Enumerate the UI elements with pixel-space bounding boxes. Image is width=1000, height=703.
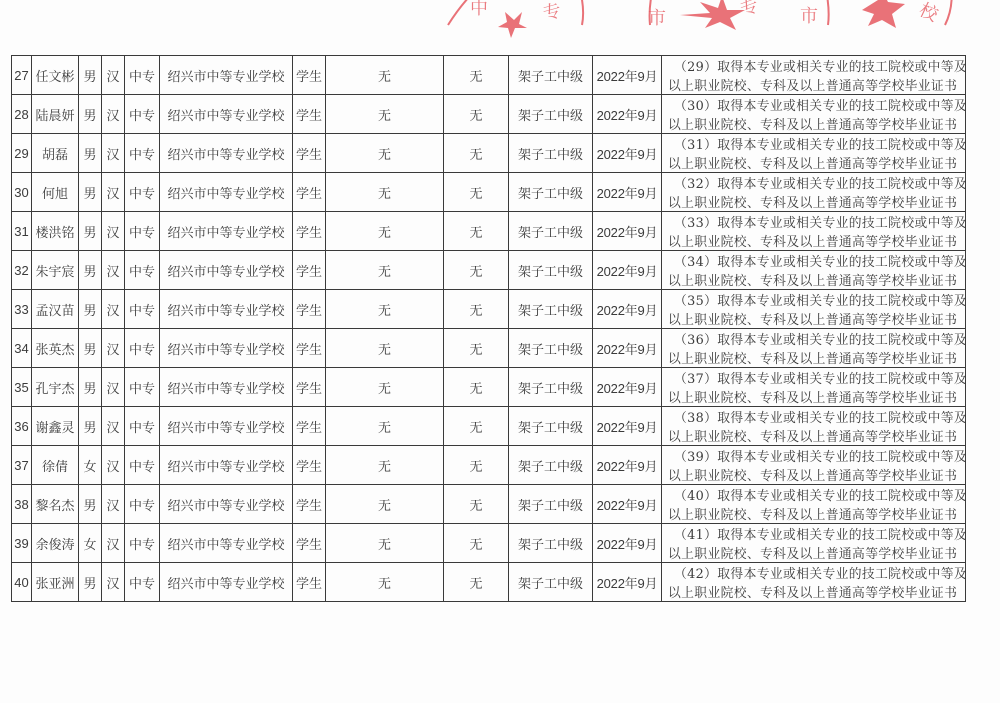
- cell-number: 29: [12, 134, 32, 173]
- cell-eligibility-condition: （30）取得本专业或相关专业的技工院校或中等及以上职业院校、专科及以上普通高等学…: [662, 95, 966, 134]
- cell-col9: 无: [444, 56, 509, 95]
- cell-school: 绍兴市中等专业学校: [160, 446, 293, 485]
- cell-identity: 学生: [293, 368, 326, 407]
- cell-gender: 男: [79, 95, 102, 134]
- svg-text:校: 校: [916, 0, 942, 27]
- cell-school: 绍兴市中等专业学校: [160, 173, 293, 212]
- cell-col8: 无: [326, 485, 444, 524]
- cell-date: 2022年9月: [593, 446, 662, 485]
- cell-col8: 无: [326, 368, 444, 407]
- cell-identity: 学生: [293, 485, 326, 524]
- cell-number: 38: [12, 485, 32, 524]
- cell-gender: 男: [79, 368, 102, 407]
- cell-identity: 学生: [293, 56, 326, 95]
- cell-identity: 学生: [293, 251, 326, 290]
- condition-text: （30）取得本专业或相关专业的技工院校或中等及以上职业院校、专科及以上普通高等学…: [662, 95, 965, 133]
- table-row: 39 余俊涛 女 汉 中专 绍兴市中等专业学校 学生 无 无 架子工中级 202…: [12, 524, 966, 563]
- cell-eligibility-condition: （39）取得本专业或相关专业的技工院校或中等及以上职业院校、专科及以上普通高等学…: [662, 446, 966, 485]
- cell-col8: 无: [326, 290, 444, 329]
- cell-identity: 学生: [293, 173, 326, 212]
- cell-ethnicity: 汉: [102, 329, 125, 368]
- cell-name: 朱宇宸: [32, 251, 79, 290]
- cell-eligibility-condition: （34）取得本专业或相关专业的技工院校或中等及以上职业院校、专科及以上普通高等学…: [662, 251, 966, 290]
- cell-school: 绍兴市中等专业学校: [160, 485, 293, 524]
- cell-identity: 学生: [293, 212, 326, 251]
- condition-text: （36）取得本专业或相关专业的技工院校或中等及以上职业院校、专科及以上普通高等学…: [662, 329, 965, 367]
- cell-date: 2022年9月: [593, 524, 662, 563]
- table-row: 40 张亚洲 男 汉 中专 绍兴市中等专业学校 学生 无 无 架子工中级 202…: [12, 563, 966, 602]
- table-row: 27 任文彬 男 汉 中专 绍兴市中等专业学校 学生 无 无 架子工中级 202…: [12, 56, 966, 95]
- cell-col8: 无: [326, 251, 444, 290]
- cell-school: 绍兴市中等专业学校: [160, 407, 293, 446]
- cell-name: 何旭: [32, 173, 79, 212]
- cell-eligibility-condition: （41）取得本专业或相关专业的技工院校或中等及以上职业院校、专科及以上普通高等学…: [662, 524, 966, 563]
- table-row: 31 楼洪铭 男 汉 中专 绍兴市中等专业学校 学生 无 无 架子工中级 202…: [12, 212, 966, 251]
- cell-gender: 男: [79, 407, 102, 446]
- cell-col9: 无: [444, 251, 509, 290]
- cell-eligibility-condition: （40）取得本专业或相关专业的技工院校或中等及以上职业院校、专科及以上普通高等学…: [662, 485, 966, 524]
- cell-col9: 无: [444, 524, 509, 563]
- cell-number: 28: [12, 95, 32, 134]
- cell-col8: 无: [326, 563, 444, 602]
- cell-eligibility-condition: （38）取得本专业或相关专业的技工院校或中等及以上职业院校、专科及以上普通高等学…: [662, 407, 966, 446]
- cell-col9: 无: [444, 563, 509, 602]
- svg-text:市: 市: [648, 8, 666, 29]
- cell-date: 2022年9月: [593, 173, 662, 212]
- cell-ethnicity: 汉: [102, 290, 125, 329]
- cell-gender: 男: [79, 485, 102, 524]
- cell-number: 32: [12, 251, 32, 290]
- seal-star-icon: [862, 0, 905, 28]
- cell-eligibility-condition: （37）取得本专业或相关专业的技工院校或中等及以上职业院校、专科及以上普通高等学…: [662, 368, 966, 407]
- cell-skill-level: 架子工中级: [509, 524, 593, 563]
- cell-school: 绍兴市中等专业学校: [160, 251, 293, 290]
- table-row: 28 陆晨妍 男 汉 中专 绍兴市中等专业学校 学生 无 无 架子工中级 202…: [12, 95, 966, 134]
- cell-identity: 学生: [293, 407, 326, 446]
- cell-eligibility-condition: （32）取得本专业或相关专业的技工院校或中等及以上职业院校、专科及以上普通高等学…: [662, 173, 966, 212]
- cell-number: 36: [12, 407, 32, 446]
- svg-text:市: 市: [800, 6, 818, 27]
- cell-eligibility-condition: （36）取得本专业或相关专业的技工院校或中等及以上职业院校、专科及以上普通高等学…: [662, 329, 966, 368]
- cell-eligibility-condition: （31）取得本专业或相关专业的技工院校或中等及以上职业院校、专科及以上普通高等学…: [662, 134, 966, 173]
- cell-school: 绍兴市中等专业学校: [160, 524, 293, 563]
- cell-school: 绍兴市中等专业学校: [160, 134, 293, 173]
- cell-number: 39: [12, 524, 32, 563]
- cell-date: 2022年9月: [593, 329, 662, 368]
- cell-name: 孔宇杰: [32, 368, 79, 407]
- cell-number: 33: [12, 290, 32, 329]
- cell-school: 绍兴市中等专业学校: [160, 368, 293, 407]
- cell-ethnicity: 汉: [102, 446, 125, 485]
- cell-education: 中专: [125, 173, 160, 212]
- cell-gender: 男: [79, 290, 102, 329]
- cell-skill-level: 架子工中级: [509, 212, 593, 251]
- cell-skill-level: 架子工中级: [509, 446, 593, 485]
- cell-date: 2022年9月: [593, 407, 662, 446]
- cell-gender: 男: [79, 251, 102, 290]
- cell-skill-level: 架子工中级: [509, 368, 593, 407]
- cell-education: 中专: [125, 563, 160, 602]
- condition-text: （34）取得本专业或相关专业的技工院校或中等及以上职业院校、专科及以上普通高等学…: [662, 251, 965, 289]
- cell-ethnicity: 汉: [102, 56, 125, 95]
- cell-identity: 学生: [293, 563, 326, 602]
- cell-name: 陆晨妍: [32, 95, 79, 134]
- official-seal-stamps: 中 专 市 专 市 校: [0, 0, 1000, 40]
- cell-skill-level: 架子工中级: [509, 251, 593, 290]
- cell-ethnicity: 汉: [102, 368, 125, 407]
- cell-col8: 无: [326, 329, 444, 368]
- cell-col9: 无: [444, 95, 509, 134]
- cell-skill-level: 架子工中级: [509, 95, 593, 134]
- table-row: 37 徐倩 女 汉 中专 绍兴市中等专业学校 学生 无 无 架子工中级 2022…: [12, 446, 966, 485]
- cell-number: 35: [12, 368, 32, 407]
- cell-name: 楼洪铭: [32, 212, 79, 251]
- cell-ethnicity: 汉: [102, 563, 125, 602]
- table-row: 33 孟汉苗 男 汉 中专 绍兴市中等专业学校 学生 无 无 架子工中级 202…: [12, 290, 966, 329]
- cell-gender: 男: [79, 173, 102, 212]
- cell-ethnicity: 汉: [102, 524, 125, 563]
- cell-col9: 无: [444, 446, 509, 485]
- cell-col8: 无: [326, 56, 444, 95]
- cell-ethnicity: 汉: [102, 251, 125, 290]
- cell-col9: 无: [444, 407, 509, 446]
- cell-ethnicity: 汉: [102, 212, 125, 251]
- cell-gender: 男: [79, 56, 102, 95]
- cell-col9: 无: [444, 368, 509, 407]
- cell-number: 27: [12, 56, 32, 95]
- cell-gender: 女: [79, 524, 102, 563]
- cell-education: 中专: [125, 446, 160, 485]
- cell-col8: 无: [326, 212, 444, 251]
- cell-name: 张亚洲: [32, 563, 79, 602]
- cell-education: 中专: [125, 407, 160, 446]
- table-row: 29 胡磊 男 汉 中专 绍兴市中等专业学校 学生 无 无 架子工中级 2022…: [12, 134, 966, 173]
- cell-skill-level: 架子工中级: [509, 329, 593, 368]
- condition-text: （39）取得本专业或相关专业的技工院校或中等及以上职业院校、专科及以上普通高等学…: [662, 446, 965, 484]
- cell-name: 任文彬: [32, 56, 79, 95]
- cell-gender: 男: [79, 212, 102, 251]
- cell-education: 中专: [125, 251, 160, 290]
- cell-skill-level: 架子工中级: [509, 56, 593, 95]
- cell-col9: 无: [444, 212, 509, 251]
- cell-name: 谢鑫灵: [32, 407, 79, 446]
- table-row: 36 谢鑫灵 男 汉 中专 绍兴市中等专业学校 学生 无 无 架子工中级 202…: [12, 407, 966, 446]
- cell-ethnicity: 汉: [102, 485, 125, 524]
- table-row: 38 黎名杰 男 汉 中专 绍兴市中等专业学校 学生 无 无 架子工中级 202…: [12, 485, 966, 524]
- table-row: 34 张英杰 男 汉 中专 绍兴市中等专业学校 学生 无 无 架子工中级 202…: [12, 329, 966, 368]
- cell-ethnicity: 汉: [102, 173, 125, 212]
- cell-ethnicity: 汉: [102, 407, 125, 446]
- cell-gender: 男: [79, 134, 102, 173]
- cell-gender: 男: [79, 563, 102, 602]
- cell-school: 绍兴市中等专业学校: [160, 212, 293, 251]
- cell-education: 中专: [125, 485, 160, 524]
- cell-col9: 无: [444, 485, 509, 524]
- cell-date: 2022年9月: [593, 563, 662, 602]
- cell-skill-level: 架子工中级: [509, 485, 593, 524]
- cell-name: 张英杰: [32, 329, 79, 368]
- cell-date: 2022年9月: [593, 212, 662, 251]
- cell-skill-level: 架子工中级: [509, 134, 593, 173]
- condition-text: （37）取得本专业或相关专业的技工院校或中等及以上职业院校、专科及以上普通高等学…: [662, 368, 965, 406]
- cell-date: 2022年9月: [593, 134, 662, 173]
- cell-ethnicity: 汉: [102, 134, 125, 173]
- cell-name: 徐倩: [32, 446, 79, 485]
- condition-text: （41）取得本专业或相关专业的技工院校或中等及以上职业院校、专科及以上普通高等学…: [662, 524, 965, 562]
- cell-identity: 学生: [293, 134, 326, 173]
- cell-eligibility-condition: （33）取得本专业或相关专业的技工院校或中等及以上职业院校、专科及以上普通高等学…: [662, 212, 966, 251]
- svg-text:专: 专: [738, 0, 762, 21]
- cell-skill-level: 架子工中级: [509, 563, 593, 602]
- cell-date: 2022年9月: [593, 95, 662, 134]
- cell-number: 40: [12, 563, 32, 602]
- cell-school: 绍兴市中等专业学校: [160, 290, 293, 329]
- cell-identity: 学生: [293, 95, 326, 134]
- condition-text: （33）取得本专业或相关专业的技工院校或中等及以上职业院校、专科及以上普通高等学…: [662, 212, 965, 250]
- cell-education: 中专: [125, 368, 160, 407]
- table-row: 35 孔宇杰 男 汉 中专 绍兴市中等专业学校 学生 无 无 架子工中级 202…: [12, 368, 966, 407]
- cell-date: 2022年9月: [593, 56, 662, 95]
- cell-col8: 无: [326, 407, 444, 446]
- table-row: 32 朱宇宸 男 汉 中专 绍兴市中等专业学校 学生 无 无 架子工中级 202…: [12, 251, 966, 290]
- candidate-roster-table: 27 任文彬 男 汉 中专 绍兴市中等专业学校 学生 无 无 架子工中级 202…: [11, 55, 966, 602]
- cell-name: 黎名杰: [32, 485, 79, 524]
- cell-identity: 学生: [293, 290, 326, 329]
- seal-star-icon: [680, 0, 745, 30]
- cell-education: 中专: [125, 524, 160, 563]
- cell-education: 中专: [125, 290, 160, 329]
- cell-skill-level: 架子工中级: [509, 173, 593, 212]
- cell-number: 37: [12, 446, 32, 485]
- condition-text: （38）取得本专业或相关专业的技工院校或中等及以上职业院校、专科及以上普通高等学…: [662, 407, 965, 445]
- cell-col8: 无: [326, 95, 444, 134]
- condition-text: （42）取得本专业或相关专业的技工院校或中等及以上职业院校、专科及以上普通高等学…: [662, 563, 965, 601]
- cell-col9: 无: [444, 134, 509, 173]
- cell-date: 2022年9月: [593, 290, 662, 329]
- cell-col8: 无: [326, 134, 444, 173]
- condition-text: （40）取得本专业或相关专业的技工院校或中等及以上职业院校、专科及以上普通高等学…: [662, 485, 965, 523]
- cell-number: 31: [12, 212, 32, 251]
- cell-number: 30: [12, 173, 32, 212]
- cell-col9: 无: [444, 173, 509, 212]
- condition-text: （32）取得本专业或相关专业的技工院校或中等及以上职业院校、专科及以上普通高等学…: [662, 173, 965, 211]
- cell-col8: 无: [326, 524, 444, 563]
- svg-text:中: 中: [470, 0, 488, 19]
- cell-identity: 学生: [293, 524, 326, 563]
- cell-col8: 无: [326, 446, 444, 485]
- cell-date: 2022年9月: [593, 485, 662, 524]
- cell-gender: 女: [79, 446, 102, 485]
- cell-education: 中专: [125, 134, 160, 173]
- cell-skill-level: 架子工中级: [509, 407, 593, 446]
- cell-col9: 无: [444, 290, 509, 329]
- table-row: 30 何旭 男 汉 中专 绍兴市中等专业学校 学生 无 无 架子工中级 2022…: [12, 173, 966, 212]
- cell-education: 中专: [125, 56, 160, 95]
- cell-col9: 无: [444, 329, 509, 368]
- cell-school: 绍兴市中等专业学校: [160, 56, 293, 95]
- cell-eligibility-condition: （35）取得本专业或相关专业的技工院校或中等及以上职业院校、专科及以上普通高等学…: [662, 290, 966, 329]
- cell-education: 中专: [125, 212, 160, 251]
- condition-text: （31）取得本专业或相关专业的技工院校或中等及以上职业院校、专科及以上普通高等学…: [662, 134, 965, 172]
- cell-date: 2022年9月: [593, 251, 662, 290]
- svg-text:专: 专: [541, 0, 564, 25]
- cell-school: 绍兴市中等专业学校: [160, 563, 293, 602]
- cell-name: 孟汉苗: [32, 290, 79, 329]
- cell-name: 胡磊: [32, 134, 79, 173]
- cell-ethnicity: 汉: [102, 95, 125, 134]
- cell-name: 余俊涛: [32, 524, 79, 563]
- seal-star-icon: [498, 12, 527, 38]
- cell-number: 34: [12, 329, 32, 368]
- cell-eligibility-condition: （29）取得本专业或相关专业的技工院校或中等及以上职业院校、专科及以上普通高等学…: [662, 56, 966, 95]
- cell-identity: 学生: [293, 329, 326, 368]
- cell-school: 绍兴市中等专业学校: [160, 329, 293, 368]
- cell-education: 中专: [125, 95, 160, 134]
- cell-education: 中专: [125, 329, 160, 368]
- cell-skill-level: 架子工中级: [509, 290, 593, 329]
- condition-text: （35）取得本专业或相关专业的技工院校或中等及以上职业院校、专科及以上普通高等学…: [662, 290, 965, 328]
- cell-identity: 学生: [293, 446, 326, 485]
- cell-school: 绍兴市中等专业学校: [160, 95, 293, 134]
- cell-eligibility-condition: （42）取得本专业或相关专业的技工院校或中等及以上职业院校、专科及以上普通高等学…: [662, 563, 966, 602]
- cell-gender: 男: [79, 329, 102, 368]
- cell-col8: 无: [326, 173, 444, 212]
- cell-date: 2022年9月: [593, 368, 662, 407]
- condition-text: （29）取得本专业或相关专业的技工院校或中等及以上职业院校、专科及以上普通高等学…: [662, 56, 965, 94]
